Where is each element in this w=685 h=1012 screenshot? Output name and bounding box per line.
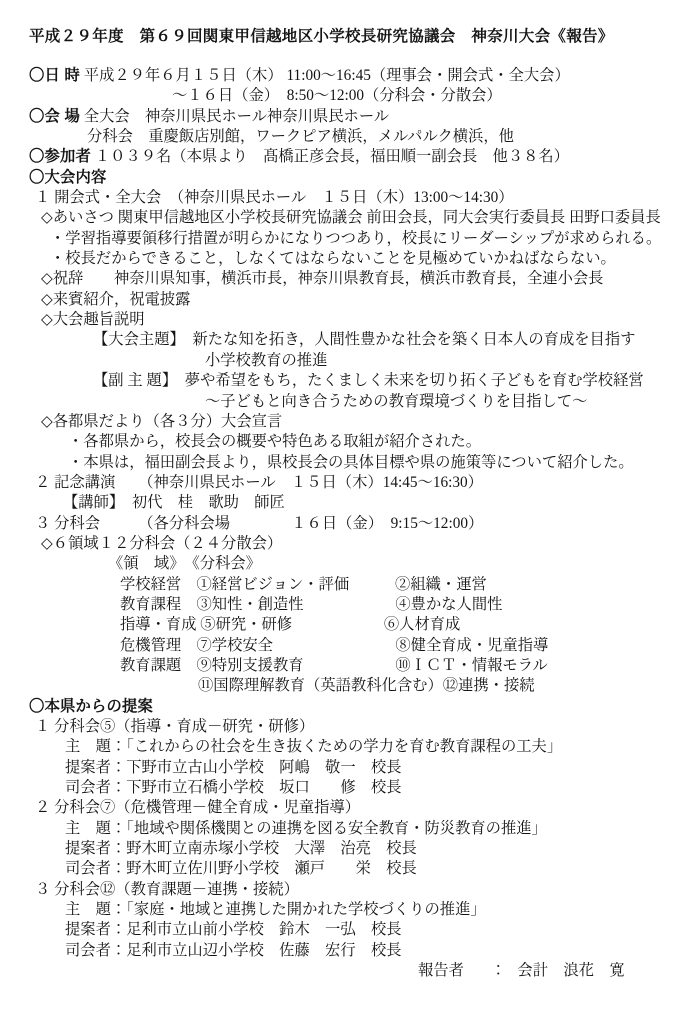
text-line: 【副 主 題】 夢や希望をもち，たくましく未来を切り拓く子どもを育む学校経営: [0, 371, 685, 391]
text-segment: ・学習指導要領移行措置が明らかになりつつあり，校長にリーダーシップが求められる。: [50, 230, 661, 247]
text-line: 司会者：足利市立山辺小学校 佐藤 宏行 校長: [0, 941, 685, 961]
text-segment: 小学校教育の推進: [205, 352, 327, 369]
text-line: ◇大会趣旨説明: [0, 310, 685, 330]
text-line: 〇本県からの提案: [0, 697, 685, 717]
text-line: １ 分科会⑤（指導・育成－研究・研修）: [0, 717, 685, 737]
text-line: 危機管理 ⑦学校安全 ⑧健全育成・児童指導: [0, 636, 685, 656]
text-segment: 提案者：下野市立古山小学校 阿嶋 敬一 校長: [65, 759, 402, 776]
text-segment: ・校長だからできること，しなくてはならないことを見極めていかねばならない。: [50, 250, 616, 267]
text-line: ３ 分科会 （各分科会場 １６日（金） 9:15～12:00）: [0, 514, 685, 534]
text-segment: 危機管理 ⑦学校安全 ⑧健全育成・児童指導: [120, 637, 548, 654]
text-line: ～１６日（金） 8:50～12:00（分科会・分散会）: [0, 86, 685, 106]
text-line: ３ 分科会⑫（教育課題－連携・接続）: [0, 880, 685, 900]
text-line: 主 題：「これからの社会を生き抜くための学力を育む教育課程の工夫」: [0, 737, 685, 757]
text-line: 分科会 重慶飯店別館，ワークピア横浜，メルパルク横浜，他: [0, 127, 685, 147]
text-line: 《領 域》 《分科会》: [0, 554, 685, 574]
text-line: 【講師】 初代 桂 歌助 師匠: [0, 493, 685, 513]
text-line: 司会者：下野市立石橋小学校 坂口 修 校長: [0, 778, 685, 798]
text-line: 提案者：野木町立南赤塚小学校 大澤 治亮 校長: [0, 839, 685, 859]
text-line: 〇日 時 平成２９年６月１５日（木） 11:00～16:45（理事会・開会式・全…: [0, 66, 685, 86]
text-line: 司会者：野木町立佐川野小学校 瀬戸 栄 校長: [0, 859, 685, 879]
document-title: 平成２９年度 第６９回関東甲信越地区小学校長研究協議会 神奈川大会《報告》: [0, 26, 685, 47]
document-body: 〇日 時 平成２９年６月１５日（木） 11:00～16:45（理事会・開会式・全…: [0, 66, 685, 981]
text-line: ⑪国際理解教育（英語教科化含む）⑫連携・接続: [0, 676, 685, 696]
text-line: 提案者：足利市立山前小学校 鈴木 一弘 校長: [0, 920, 685, 940]
text-segment: 司会者：足利市立山辺小学校 佐藤 宏行 校長: [65, 942, 402, 959]
text-line: 主 題：「地域や関係機関との連携を図る安全教育・防災教育の推進」: [0, 819, 685, 839]
text-line: 【大会主題】 新たな知を拓き，人間性豊かな社会を築く日本人の育成を目指す: [0, 330, 685, 350]
text-segment: ３ 分科会⑫（教育課題－連携・接続）: [35, 881, 299, 898]
text-line: ◇あいさつ 関東甲信越地区小学校長研究協議会 前田会長，同大会実行委員長 田野口…: [0, 208, 685, 228]
text-line: ・校長だからできること，しなくてはならないことを見極めていかねばならない。: [0, 249, 685, 269]
text-segment: １０３９名（本県より 髙橋正彦会長，福田順一副会長 他３８名）: [91, 148, 569, 165]
text-segment: ～１６日（金） 8:50～12:00（分科会・分散会）: [172, 87, 502, 104]
text-segment: ２ 分科会⑦（危機管理－健全育成・児童指導）: [35, 799, 360, 816]
text-segment: 分科会 重慶飯店別館，ワークピア横浜，メルパルク横浜，他: [87, 128, 514, 145]
text-segment: 【副 主 題】 夢や希望をもち，たくましく未来を切り拓く子どもを育む学校経営: [93, 372, 644, 389]
text-segment: ◇あいさつ 関東甲信越地区小学校長研究協議会 前田会長，同大会実行委員長 田野口…: [41, 209, 661, 226]
text-segment: 主 題：「家庭・地域と連携した開かれた学校づくりの推進」: [65, 901, 486, 918]
text-line: 教育課題 ⑨特別支援教育 ⑩ＩＣＴ・情報モラル: [0, 656, 685, 676]
text-line: ◇各都県だより（各３分）大会宣言: [0, 412, 685, 432]
text-segment: ⑪国際理解教育（英語教科化含む）⑫連携・接続: [198, 677, 535, 694]
text-line: 指導・育成 ⑤研究・研修 ⑥人材育成: [0, 615, 685, 635]
text-line: 〇会 場 全大会 神奈川県民ホール神奈川県民ホール: [0, 107, 685, 127]
text-segment: ２ 記念講演 （神奈川県民ホール １５日（木）14:45～16:30）: [35, 474, 483, 491]
text-segment: ・本県は，福田副会長より，県校長会の具体目標や県の施策等について紹介した。: [68, 454, 634, 471]
heading-segment: 〇日 時: [29, 67, 80, 84]
text-segment: ３ 分科会 （各分科会場 １６日（金） 9:15～12:00）: [35, 515, 483, 532]
text-line: 学校経営 ①経営ビジョン・評価 ②組織・運営: [0, 575, 685, 595]
text-segment: 主 題：「地域や関係機関との連携を図る安全教育・防災教育の推進」: [65, 820, 547, 837]
text-line: ◇来賓紹介，祝電披露: [0, 290, 685, 310]
text-segment: ◇大会趣旨説明: [41, 311, 145, 328]
text-segment: 教育課程 ③知性・創造性 ④豊かな人間性: [120, 596, 502, 613]
text-segment: 司会者：下野市立石橋小学校 坂口 修 校長: [65, 779, 402, 796]
document-page: 平成２９年度 第６９回関東甲信越地区小学校長研究協議会 神奈川大会《報告》 〇日…: [0, 0, 685, 1012]
text-segment: 学校経営 ①経営ビジョン・評価 ②組織・運営: [120, 576, 487, 593]
text-line: 報告者 ： 会計 浪花 寛: [0, 961, 685, 981]
text-segment: ◇各都県だより（各３分）大会宣言: [41, 413, 282, 430]
text-segment: 《領 域》 《分科会》: [108, 555, 261, 572]
text-segment: １ 開会式・全大会 （神奈川県民ホール １５日（木）13:00～14:30）: [35, 189, 514, 206]
text-line: ２ 分科会⑦（危機管理－健全育成・児童指導）: [0, 798, 685, 818]
text-segment: 指導・育成 ⑤研究・研修 ⑥人材育成: [120, 616, 460, 633]
text-segment: ◇祝辞 神奈川県知事，横浜市長，神奈川県教育長，横浜市教育長，全連小会長: [41, 270, 603, 287]
text-segment: 全大会 神奈川県民ホール神奈川県民ホール: [80, 108, 389, 125]
text-line: １ 開会式・全大会 （神奈川県民ホール １５日（木）13:00～14:30）: [0, 188, 685, 208]
text-line: ・本県は，福田副会長より，県校長会の具体目標や県の施策等について紹介した。: [0, 453, 685, 473]
text-line: ２ 記念講演 （神奈川県民ホール １５日（木）14:45～16:30）: [0, 473, 685, 493]
text-segment: ・各都県から，校長会の概要や特色ある取組が紹介された。: [68, 433, 481, 450]
text-line: 教育課程 ③知性・創造性 ④豊かな人間性: [0, 595, 685, 615]
text-line: 小学校教育の推進: [0, 351, 685, 371]
title-spacer: [0, 47, 685, 66]
text-line: ～子どもと向き合うための教育環境づくりを目指して～: [0, 392, 685, 412]
text-segment: 【大会主題】 新たな知を拓き，人間性豊かな社会を築く日本人の育成を目指す: [93, 331, 635, 348]
text-line: 主 題：「家庭・地域と連携した開かれた学校づくりの推進」: [0, 900, 685, 920]
text-line: ・各都県から，校長会の概要や特色ある取組が紹介された。: [0, 432, 685, 452]
heading-segment: 〇大会内容: [29, 169, 107, 186]
text-line: ・学習指導要領移行措置が明らかになりつつあり，校長にリーダーシップが求められる。: [0, 229, 685, 249]
text-segment: ◇６領域１２分科会（２４分散会）: [41, 535, 282, 552]
text-segment: 司会者：野木町立佐川野小学校 瀬戸 栄 校長: [65, 860, 417, 877]
text-segment: ～子どもと向き合うための教育環境づくりを目指して～: [205, 393, 587, 410]
text-segment: 提案者：野木町立南赤塚小学校 大澤 治亮 校長: [65, 840, 417, 857]
text-segment: ◇来賓紹介，祝電披露: [41, 291, 190, 308]
text-segment: 提案者：足利市立山前小学校 鈴木 一弘 校長: [65, 921, 402, 938]
text-segment: 【講師】 初代 桂 歌助 師匠: [63, 494, 285, 511]
text-line: 〇参加者 １０３９名（本県より 髙橋正彦会長，福田順一副会長 他３８名）: [0, 147, 685, 167]
heading-segment: 〇会 場: [29, 108, 80, 125]
heading-segment: 〇本県からの提案: [29, 698, 153, 715]
text-segment: １ 分科会⑤（指導・育成－研究・研修）: [35, 718, 314, 735]
heading-segment: 〇参加者: [29, 148, 91, 165]
text-line: 〇大会内容: [0, 168, 685, 188]
text-line: 提案者：下野市立古山小学校 阿嶋 敬一 校長: [0, 758, 685, 778]
text-segment: 平成２９年６月１５日（木） 11:00～16:45（理事会・開会式・全大会）: [80, 67, 570, 84]
text-segment: 教育課題 ⑨特別支援教育 ⑩ＩＣＴ・情報モラル: [120, 657, 548, 674]
text-line: ◇祝辞 神奈川県知事，横浜市長，神奈川県教育長，横浜市教育長，全連小会長: [0, 269, 685, 289]
text-segment: 主 題：「これからの社会を生き抜くための学力を育む教育課程の工夫」: [65, 738, 562, 755]
text-line: ◇６領域１２分科会（２４分散会）: [0, 534, 685, 554]
text-segment: 報告者 ： 会計 浪花 寛: [418, 962, 625, 979]
